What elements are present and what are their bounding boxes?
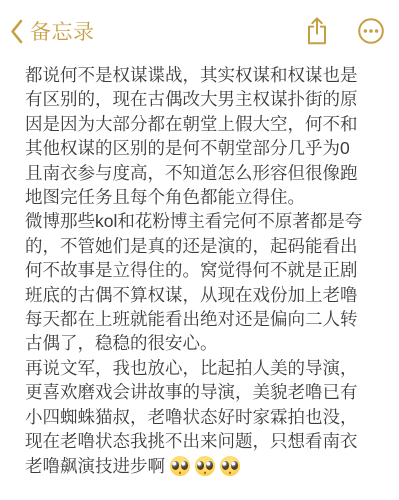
ellipsis-circle-icon <box>357 17 385 45</box>
share-icon <box>305 16 329 46</box>
nav-actions <box>305 16 385 46</box>
notes-app-screen: 备忘录 都说何不是权谋谍战，其实权谋和权谋也是 有区别的，现在古 <box>0 0 399 500</box>
note-paragraph: 微博那些kol和花粉博主看完何不原著都是夸 的，不管她们是真的还是演的，起码能看… <box>25 209 375 355</box>
note-paragraph: 都说何不是权谋谍战，其实权谋和权谋也是 有区别的，现在古偶改大男主权谋扑街的原 … <box>25 63 375 209</box>
back-button[interactable]: 备忘录 <box>10 16 95 46</box>
navigation-bar: 备忘录 <box>0 0 399 56</box>
back-label: 备忘录 <box>30 16 95 46</box>
share-button[interactable] <box>305 16 329 46</box>
pleading-face-emoji <box>220 456 240 476</box>
pleading-face-emoji <box>195 456 215 476</box>
emoji-trail <box>165 456 240 476</box>
note-paragraph: 再说文军，我也放心，比起拍人美的导演， 更喜欢磨戏会讲故事的导演，美貌老噜已有 … <box>25 356 375 478</box>
chevron-left-icon <box>10 19 23 44</box>
more-button[interactable] <box>357 17 385 45</box>
note-editor[interactable]: 都说何不是权谋谍战，其实权谋和权谋也是 有区别的，现在古偶改大男主权谋扑街的原 … <box>0 56 399 478</box>
pleading-face-emoji <box>170 456 190 476</box>
